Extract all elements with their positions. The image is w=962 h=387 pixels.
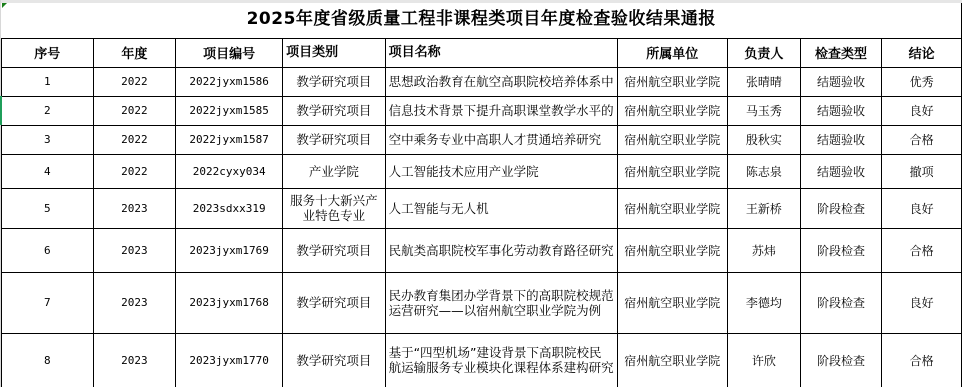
cell-result[interactable]: 良好 [882, 272, 962, 333]
cell-name[interactable]: 民航类高职院校军事化劳动教育路径研究 [385, 228, 617, 272]
table-row: 7 2023 2023jyxm1768 教学研究项目 民办教育集团办学背景下的高… [2, 272, 962, 333]
cell-no[interactable]: 5 [2, 188, 94, 228]
cell-name[interactable]: 人工智能技术应用产业学院 [385, 154, 617, 188]
cell-check-type[interactable]: 结题验收 [800, 96, 882, 125]
cell-result[interactable]: 合格 [882, 228, 962, 272]
cell-category[interactable]: 教学研究项目 [283, 228, 385, 272]
cell-year[interactable]: 2023 [93, 188, 176, 228]
selected-row-marker [0, 96, 2, 125]
cell-no[interactable]: 2 [2, 96, 94, 125]
cell-code[interactable]: 2022jyxm1587 [176, 125, 283, 154]
cell-no[interactable]: 6 [2, 228, 94, 272]
header-year[interactable]: 年度 [93, 38, 176, 67]
cell-leader[interactable]: 苏炜 [728, 228, 801, 272]
cell-unit[interactable]: 宿州航空职业学院 [617, 67, 727, 96]
cell-unit[interactable]: 宿州航空职业学院 [617, 125, 727, 154]
cell-no[interactable]: 3 [2, 125, 94, 154]
table-row: 4 2022 2022cyxy034 产业学院 人工智能技术应用产业学院 宿州航… [2, 154, 962, 188]
cell-leader[interactable]: 陈志泉 [728, 154, 801, 188]
cell-leader[interactable]: 李德均 [728, 272, 801, 333]
table-row: 1 2022 2022jyxm1586 教学研究项目 思想政治教育在航空高职院校… [2, 67, 962, 96]
cell-result[interactable]: 良好 [882, 96, 962, 125]
cell-year[interactable]: 2022 [93, 125, 176, 154]
cell-code[interactable]: 2022cyxy034 [176, 154, 283, 188]
header-row: 序号 年度 项目编号 项目类别 项目名称 所属单位 负责人 检查类型 结论 [2, 38, 962, 67]
cell-category[interactable]: 教学研究项目 [283, 272, 385, 333]
cell-check-type[interactable]: 阶段检查 [800, 188, 882, 228]
header-category[interactable]: 项目类别 [283, 38, 385, 67]
header-unit[interactable]: 所属单位 [617, 38, 727, 67]
cell-unit[interactable]: 宿州航空职业学院 [617, 154, 727, 188]
cell-name[interactable]: 基于“四型机场”建设背景下高职院校民航运输服务专业模块化课程体系建构研究 [385, 333, 617, 387]
cell-year[interactable]: 2022 [93, 67, 176, 96]
cell-code[interactable]: 2023jyxm1768 [176, 272, 283, 333]
table-row: 5 2023 2023sdxx319 服务十大新兴产业特色专业 人工智能与无人机… [2, 188, 962, 228]
cell-leader[interactable]: 马玉秀 [728, 96, 801, 125]
cell-category[interactable]: 服务十大新兴产业特色专业 [283, 188, 385, 228]
cell-check-type[interactable]: 结题验收 [800, 125, 882, 154]
cell-result[interactable]: 良好 [882, 188, 962, 228]
cell-name[interactable]: 信息技术背景下提升高职课堂教学水平的 [385, 96, 617, 125]
cell-no[interactable]: 7 [2, 272, 94, 333]
cell-code[interactable]: 2023sdxx319 [176, 188, 283, 228]
cell-code[interactable]: 2022jyxm1585 [176, 96, 283, 125]
cell-category[interactable]: 产业学院 [283, 154, 385, 188]
cell-leader[interactable]: 殷秋实 [728, 125, 801, 154]
cell-result[interactable]: 优秀 [882, 67, 962, 96]
cell-result[interactable]: 合格 [882, 125, 962, 154]
table-row: 8 2023 2023jyxm1770 教学研究项目 基于“四型机场”建设背景下… [2, 333, 962, 387]
cell-category[interactable]: 教学研究项目 [283, 67, 385, 96]
cell-year[interactable]: 2022 [93, 96, 176, 125]
cell-result[interactable]: 撤项 [882, 154, 962, 188]
cell-code[interactable]: 2023jyxm1769 [176, 228, 283, 272]
cell-category[interactable]: 教学研究项目 [283, 125, 385, 154]
table-row: 6 2023 2023jyxm1769 教学研究项目 民航类高职院校军事化劳动教… [2, 228, 962, 272]
cell-leader[interactable]: 许欣 [728, 333, 801, 387]
cell-unit[interactable]: 宿州航空职业学院 [617, 333, 727, 387]
cell-unit[interactable]: 宿州航空职业学院 [617, 228, 727, 272]
table-row: 2 2022 2022jyxm1585 教学研究项目 信息技术背景下提升高职课堂… [2, 96, 962, 125]
cell-year[interactable]: 2023 [93, 228, 176, 272]
table-row: 3 2022 2022jyxm1587 教学研究项目 空中乘务专业中高职人才贯通… [2, 125, 962, 154]
header-result[interactable]: 结论 [882, 38, 962, 67]
cell-category[interactable]: 教学研究项目 [283, 333, 385, 387]
cell-category[interactable]: 教学研究项目 [283, 96, 385, 125]
cell-name[interactable]: 思想政治教育在航空高职院校培养体系中 [385, 67, 617, 96]
sheet-title[interactable]: 2025年度省级质量工程非课程类项目年度检查验收结果通报 [2, 3, 962, 38]
header-code[interactable]: 项目编号 [176, 38, 283, 67]
cell-no[interactable]: 1 [2, 67, 94, 96]
cell-name[interactable]: 人工智能与无人机 [385, 188, 617, 228]
cell-leader[interactable]: 张晴晴 [728, 67, 801, 96]
cell-unit[interactable]: 宿州航空职业学院 [617, 96, 727, 125]
header-leader[interactable]: 负责人 [728, 38, 801, 67]
cell-no[interactable]: 4 [2, 154, 94, 188]
cell-no[interactable]: 8 [2, 333, 94, 387]
header-check-type[interactable]: 检查类型 [800, 38, 882, 67]
cell-year[interactable]: 2023 [93, 272, 176, 333]
cell-year[interactable]: 2022 [93, 154, 176, 188]
header-name[interactable]: 项目名称 [385, 38, 617, 67]
cell-result[interactable]: 合格 [882, 333, 962, 387]
cell-check-type[interactable]: 结题验收 [800, 154, 882, 188]
cell-check-type[interactable]: 阶段检查 [800, 333, 882, 387]
cell-check-type[interactable]: 阶段检查 [800, 228, 882, 272]
results-table: 2025年度省级质量工程非课程类项目年度检查验收结果通报 序号 年度 项目编号 … [1, 3, 962, 387]
cell-code[interactable]: 2022jyxm1586 [176, 67, 283, 96]
cell-name[interactable]: 民办教育集团办学背景下的高职院校规范运营研究——以宿州航空职业学院为例 [385, 272, 617, 333]
cell-check-type[interactable]: 阶段检查 [800, 272, 882, 333]
cell-unit[interactable]: 宿州航空职业学院 [617, 272, 727, 333]
cell-code[interactable]: 2023jyxm1770 [176, 333, 283, 387]
cell-leader[interactable]: 王新桥 [728, 188, 801, 228]
cell-year[interactable]: 2023 [93, 333, 176, 387]
header-no[interactable]: 序号 [2, 38, 94, 67]
cell-comment-indicator-icon [2, 3, 7, 8]
cell-check-type[interactable]: 结题验收 [800, 67, 882, 96]
cell-unit[interactable]: 宿州航空职业学院 [617, 188, 727, 228]
cell-name[interactable]: 空中乘务专业中高职人才贯通培养研究 [385, 125, 617, 154]
